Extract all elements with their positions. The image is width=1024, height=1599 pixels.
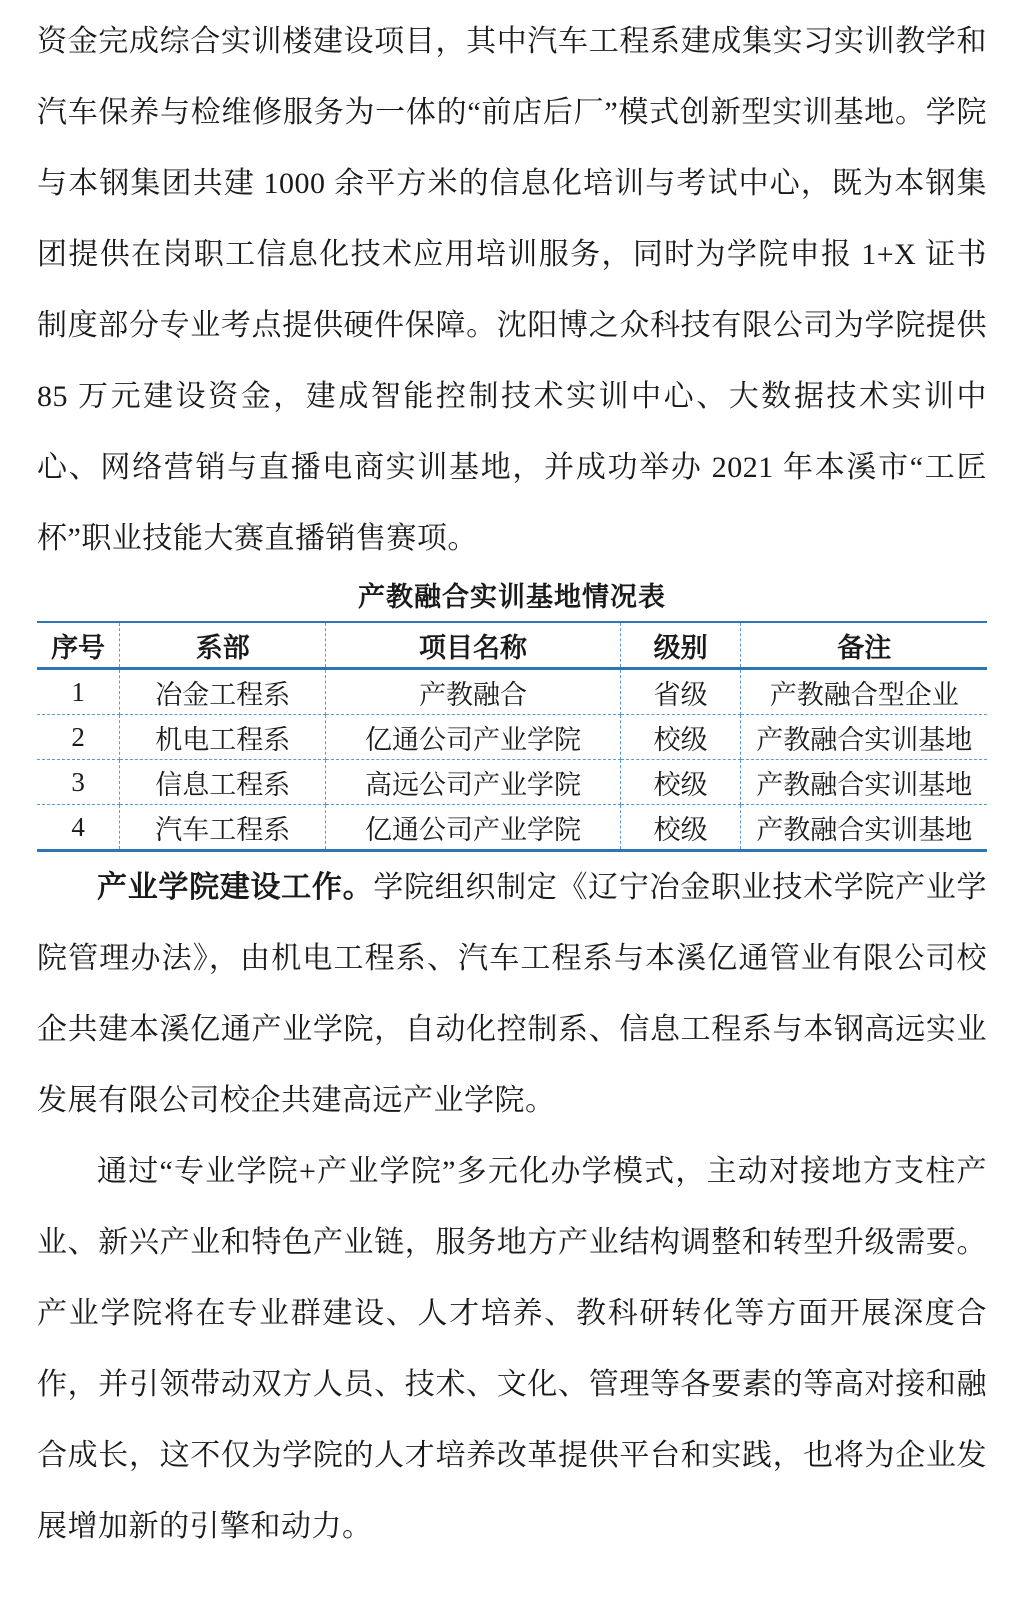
- paragraph-1: 资金完成综合实训楼建设项目，其中汽车工程系建成集实习实训教学和汽车保养与检维修服…: [37, 6, 987, 574]
- document-page: 资金完成综合实训楼建设项目，其中汽车工程系建成集实习实训教学和汽车保养与检维修服…: [0, 0, 1024, 1599]
- table-row: 1 冶金工程系 产教融合 省级 产教融合型企业: [37, 669, 987, 715]
- table-cell: 冶金工程系: [120, 669, 326, 715]
- paragraph-2-lead: 产业学院建设工作。: [97, 871, 373, 904]
- table-cell: 校级: [620, 760, 741, 805]
- table-header-level: 级别: [620, 622, 741, 669]
- table-title: 产教融合实训基地情况表: [37, 576, 987, 618]
- paragraph-3: 通过“专业学院+产业学院”多元化办学模式，主动对接地方支柱产业、新兴产业和特色产…: [37, 1136, 987, 1562]
- table-cell: 汽车工程系: [120, 805, 326, 851]
- table-header-department: 系部: [120, 622, 326, 669]
- table-cell: 亿通公司产业学院: [326, 715, 621, 760]
- table-cell: 产教融合实训基地: [741, 805, 987, 851]
- paragraph-2-text: 学院组织制定《辽宁冶金职业技术学院产业学院管理办法》，由机电工程系、汽车工程系与…: [37, 871, 987, 1117]
- table-cell: 校级: [620, 805, 741, 851]
- table-header-index: 序号: [37, 622, 120, 669]
- table-cell: 产教融合实训基地: [741, 760, 987, 805]
- table-cell: 信息工程系: [120, 760, 326, 805]
- table-cell: 3: [37, 760, 120, 805]
- table-cell: 4: [37, 805, 120, 851]
- paragraph-2: 产业学院建设工作。学院组织制定《辽宁冶金职业技术学院产业学院管理办法》，由机电工…: [37, 852, 987, 1136]
- table-cell: 产教融合型企业: [741, 669, 987, 715]
- table-row: 4 汽车工程系 亿通公司产业学院 校级 产教融合实训基地: [37, 805, 987, 851]
- table-cell: 机电工程系: [120, 715, 326, 760]
- table-header-remark: 备注: [741, 622, 987, 669]
- table-cell: 高远公司产业学院: [326, 760, 621, 805]
- table-row: 3 信息工程系 高远公司产业学院 校级 产教融合实训基地: [37, 760, 987, 805]
- table-cell: 2: [37, 715, 120, 760]
- table-cell: 亿通公司产业学院: [326, 805, 621, 851]
- table-cell: 产教融合实训基地: [741, 715, 987, 760]
- table-cell: 校级: [620, 715, 741, 760]
- table-header-project: 项目名称: [326, 622, 621, 669]
- table-cell: 产教融合: [326, 669, 621, 715]
- table-row: 2 机电工程系 亿通公司产业学院 校级 产教融合实训基地: [37, 715, 987, 760]
- table-cell: 省级: [620, 669, 741, 715]
- table-header-row: 序号 系部 项目名称 级别 备注: [37, 622, 987, 669]
- table-cell: 1: [37, 669, 120, 715]
- training-base-table: 序号 系部 项目名称 级别 备注 1 冶金工程系 产教融合 省级 产教融合型企业…: [37, 621, 987, 852]
